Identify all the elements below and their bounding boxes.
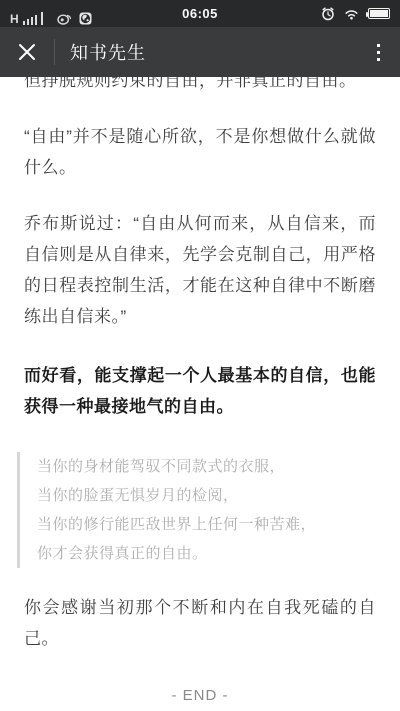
status-right-icons: [321, 7, 390, 21]
signal-bars-icon: [23, 12, 43, 25]
weibo-icon: [57, 12, 72, 25]
status-left-icons: H: [10, 0, 92, 30]
paragraph-bold-statement: 而好看，能支撑起一个人最基本的自信，也能获得一种最接地气的自由。: [24, 360, 376, 422]
alarm-clock-icon: [321, 7, 335, 21]
globe-app-icon: [79, 12, 92, 25]
quote-line: 当你的修行能匹敌世界上任何一种苦难，: [37, 510, 376, 539]
quote-line: 当你的脸蛋无惧岁月的检阅，: [37, 481, 376, 510]
nav-bar: 知书先生: [0, 27, 400, 77]
quote-line: 你才会获得真正的自由。: [37, 539, 376, 568]
wechat-article-screen: H 06:05: [0, 0, 400, 711]
quote-line: 当你的身材能驾驭不同款式的衣服，: [37, 452, 376, 481]
status-bar: H 06:05: [0, 0, 400, 27]
nav-divider: [54, 39, 55, 65]
pull-quote-block: 当你的身材能驾驭不同款式的衣服， 当你的脸蛋无惧岁月的检阅， 当你的修行能匹敌世…: [17, 452, 376, 568]
paragraph-clipped: 但挣脱规则约束的自由，并非真正的自由。: [24, 77, 376, 96]
battery-full-icon: [368, 8, 390, 19]
paragraph-freedom: “自由”并不是随心所欲，不是你想做什么就做什么。: [24, 121, 376, 183]
paragraph-jobs-quote: 乔布斯说过：“自由从何而来，从自信来，而自信则是从自律来，先学会克制自己，用严格…: [24, 208, 376, 332]
wifi-icon: [344, 8, 359, 20]
notification-icons: [57, 12, 92, 25]
more-menu-icon[interactable]: [373, 40, 384, 65]
network-type-indicator: H: [10, 13, 19, 25]
page-title: 知书先生: [70, 39, 146, 65]
close-icon[interactable]: [16, 41, 38, 63]
end-marker: - END -: [24, 687, 376, 704]
article-body: 但挣脱规则约束的自由，并非真正的自由。 “自由”并不是随心所欲，不是你想做什么就…: [0, 77, 400, 711]
paragraph-closing: 你会感谢当初那个不断和内在自我死磕的自己。: [24, 592, 376, 654]
